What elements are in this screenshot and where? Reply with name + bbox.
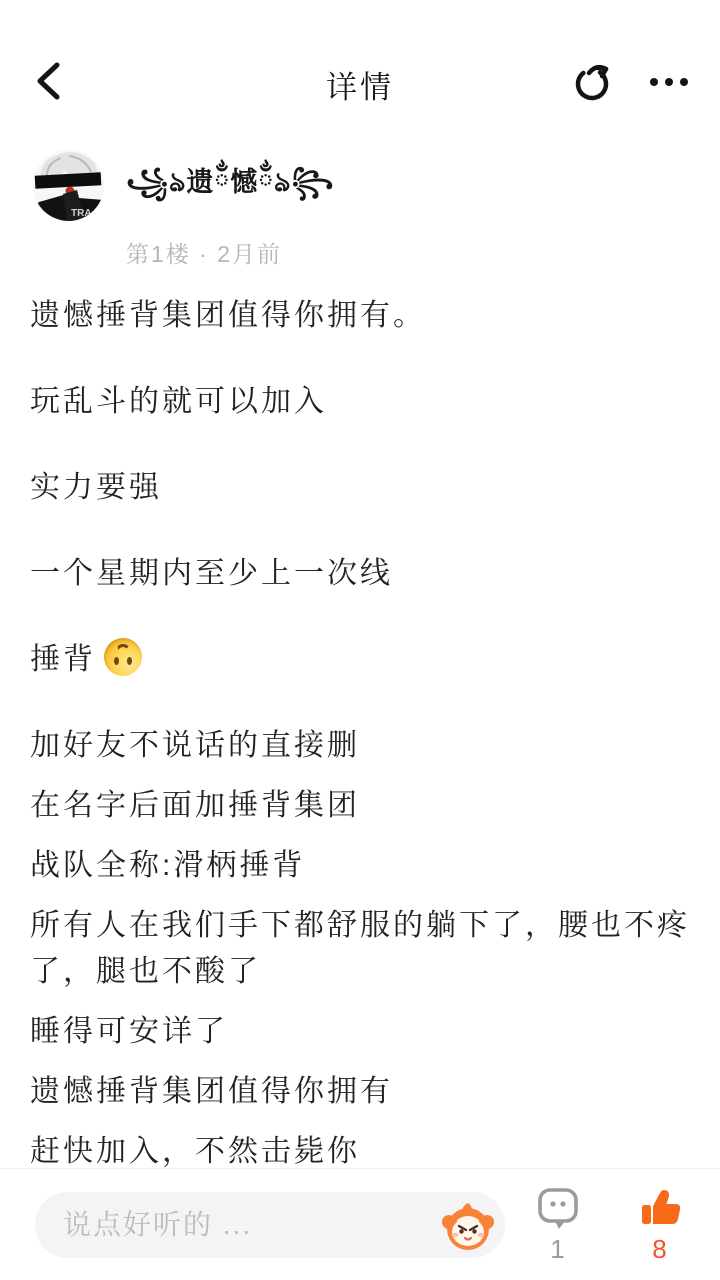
bottom-action-bar: 1 8 bbox=[0, 1168, 720, 1280]
post-content: 遗憾捶背集团值得你拥有。玩乱斗的就可以加入实力要强一个星期内至少上一次线捶背加好… bbox=[30, 293, 690, 1175]
post-paragraph: 捶背 bbox=[30, 637, 690, 683]
more-dots-icon bbox=[644, 62, 694, 102]
author-info: ꧁ঌ遗ྂ憾ྂঌ꧂ 第1楼 · 2月前 bbox=[126, 150, 335, 269]
post-paragraph: 遗憾捶背集团值得你拥有。 bbox=[30, 293, 690, 339]
share-button[interactable] bbox=[568, 56, 618, 106]
post-paragraph: 玩乱斗的就可以加入 bbox=[30, 379, 690, 425]
comment-bubble-icon bbox=[534, 1184, 582, 1232]
post-paragraph: 遗憾捶背集团值得你拥有 bbox=[30, 1069, 690, 1115]
svg-text:TRA: TRA bbox=[71, 208, 92, 219]
avatar-image: TRA bbox=[33, 150, 104, 221]
post: TRA ꧁ঌ遗ྂ憾ྂঌ꧂ 第1楼 · 2月前 遗憾捶背集团值得你拥有。玩乱斗的就… bbox=[0, 150, 720, 1273]
post-paragraph: 实力要强 bbox=[30, 465, 690, 511]
post-paragraph: 在名字后面加捶背集团 bbox=[30, 783, 690, 829]
blank-line bbox=[30, 439, 690, 465]
post-paragraph: 一个星期内至少上一次线 bbox=[30, 551, 690, 597]
like-button[interactable]: 8 bbox=[622, 1184, 698, 1265]
author-name[interactable]: ꧁ঌ遗ྂ憾ྂঌ꧂ bbox=[126, 152, 335, 228]
like-count: 8 bbox=[652, 1234, 667, 1265]
post-paragraph: 所有人在我们手下都舒服的躺下了，腰也不疼了，腿也不酸了 bbox=[30, 903, 690, 995]
comment-button[interactable]: 1 bbox=[520, 1184, 596, 1265]
blank-line bbox=[30, 611, 690, 637]
post-paragraph: 加好友不说话的直接删 bbox=[30, 723, 690, 769]
post-floor-and-time: 第1楼 · 2月前 bbox=[126, 236, 335, 269]
post-detail-screen: 详情 bbox=[0, 0, 720, 1280]
post-paragraph: 睡得可安详了 bbox=[30, 1009, 690, 1055]
more-options-button[interactable] bbox=[644, 62, 694, 102]
blank-line bbox=[30, 697, 690, 723]
share-icon bbox=[568, 56, 618, 106]
blank-line bbox=[30, 353, 690, 379]
emoji-mascot-button[interactable] bbox=[439, 1196, 497, 1254]
comment-input-pill bbox=[35, 1192, 505, 1258]
author-row: TRA ꧁ঌ遗ྂ憾ྂঌ꧂ 第1楼 · 2月前 bbox=[0, 150, 720, 269]
blank-line bbox=[30, 525, 690, 551]
comment-count: 1 bbox=[550, 1234, 565, 1265]
header: 详情 bbox=[0, 0, 720, 150]
post-paragraph: 战队全称:滑柄捶背 bbox=[30, 843, 690, 889]
comment-input[interactable] bbox=[35, 1192, 439, 1258]
thumbs-up-icon bbox=[636, 1184, 684, 1232]
upside-down-face-emoji bbox=[104, 638, 142, 676]
monkey-mascot-icon bbox=[439, 1196, 497, 1254]
author-avatar[interactable]: TRA bbox=[33, 150, 104, 221]
